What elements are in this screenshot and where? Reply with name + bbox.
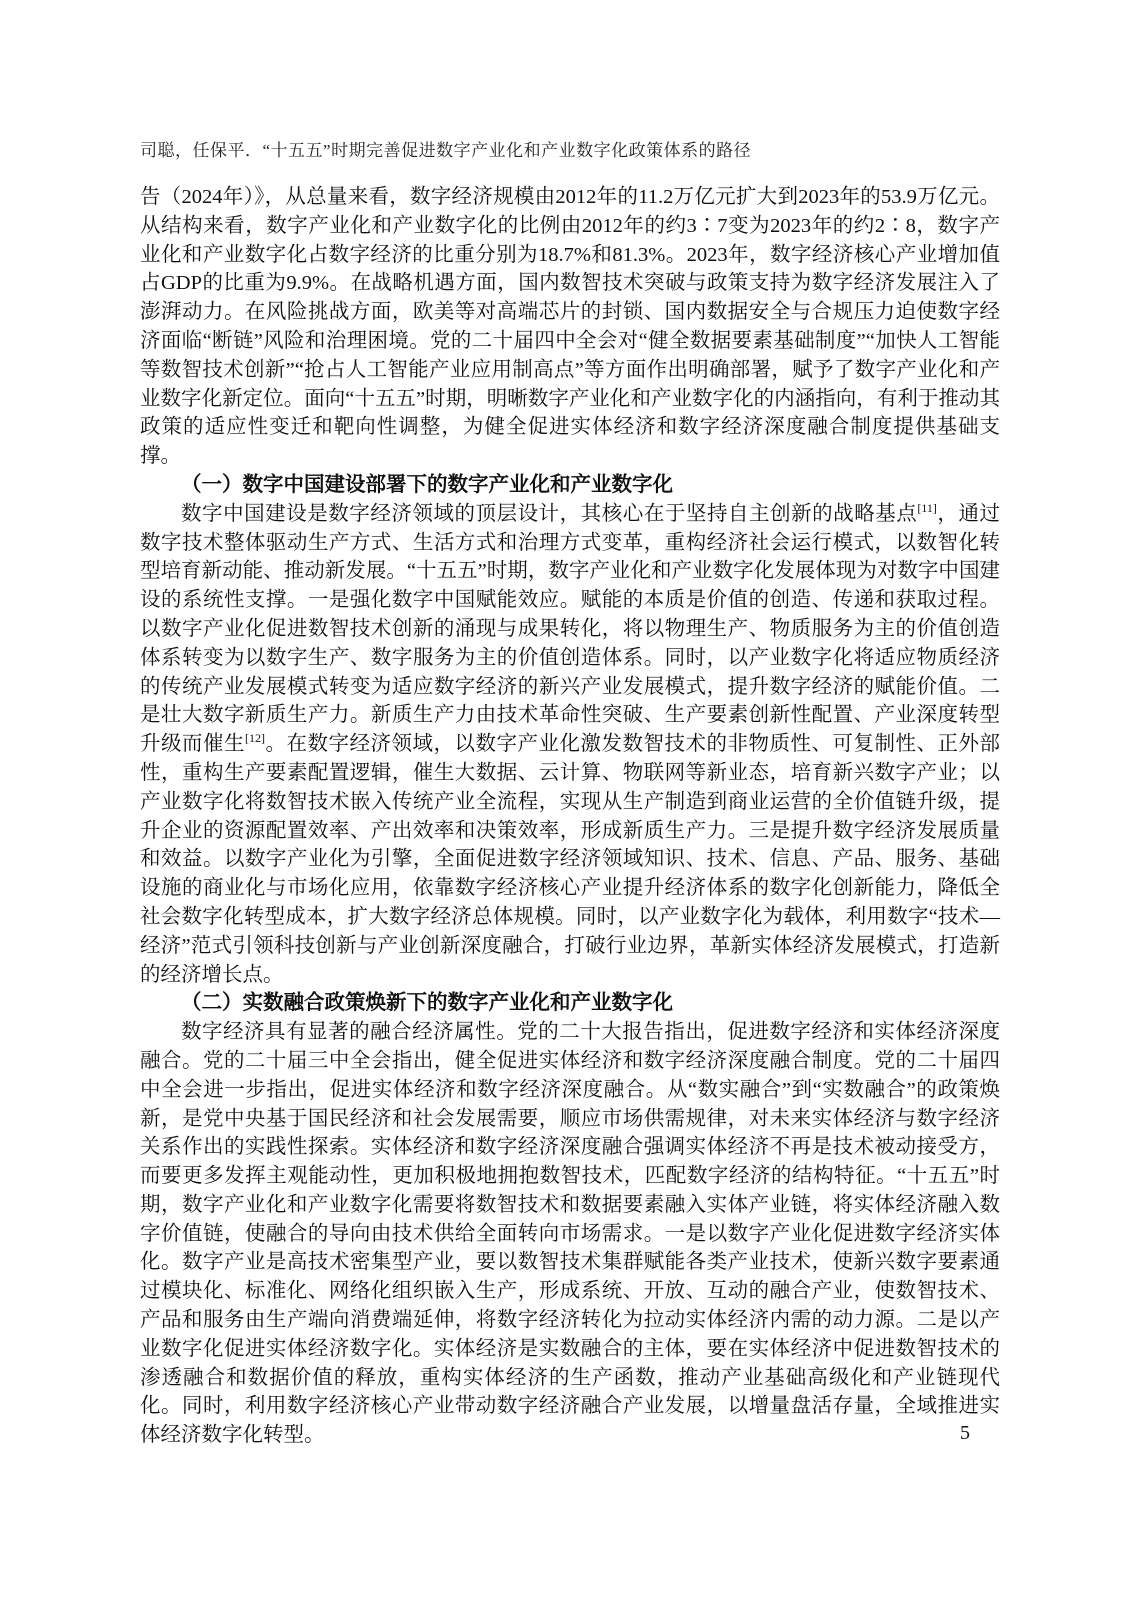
section-heading: （一）数字中国建设部署下的数字产业化和产业数字化 xyxy=(140,471,1000,500)
running-head: 司聪，任保平．“十五五”时期完善促进数字产业化和产业数字化政策体系的路径 xyxy=(140,140,1000,162)
body-paragraph: 数字经济具有显著的融合经济属性。党的二十大报告指出，促进数字经济和实体经济深度融… xyxy=(140,1018,1000,1450)
body-paragraph: 数字中国建设是数字经济领域的顶层设计，其核心在于坚持自主创新的战略基点[11]，… xyxy=(140,500,1000,990)
citation-ref: [12] xyxy=(245,731,265,745)
article-body: 告（2024年）》，从总量来看，数字经济规模由2012年的11.2万亿元扩大到2… xyxy=(140,183,1000,1450)
citation-ref: [11] xyxy=(917,501,937,515)
body-paragraph: 告（2024年）》，从总量来看，数字经济规模由2012年的11.2万亿元扩大到2… xyxy=(140,183,1000,471)
section-heading: （二）实数融合政策焕新下的数字产业化和产业数字化 xyxy=(140,989,1000,1018)
paper-page: 司聪，任保平．“十五五”时期完善促进数字产业化和产业数字化政策体系的路径 告（2… xyxy=(0,0,1140,1600)
page-number: 5 xyxy=(950,1422,980,1445)
